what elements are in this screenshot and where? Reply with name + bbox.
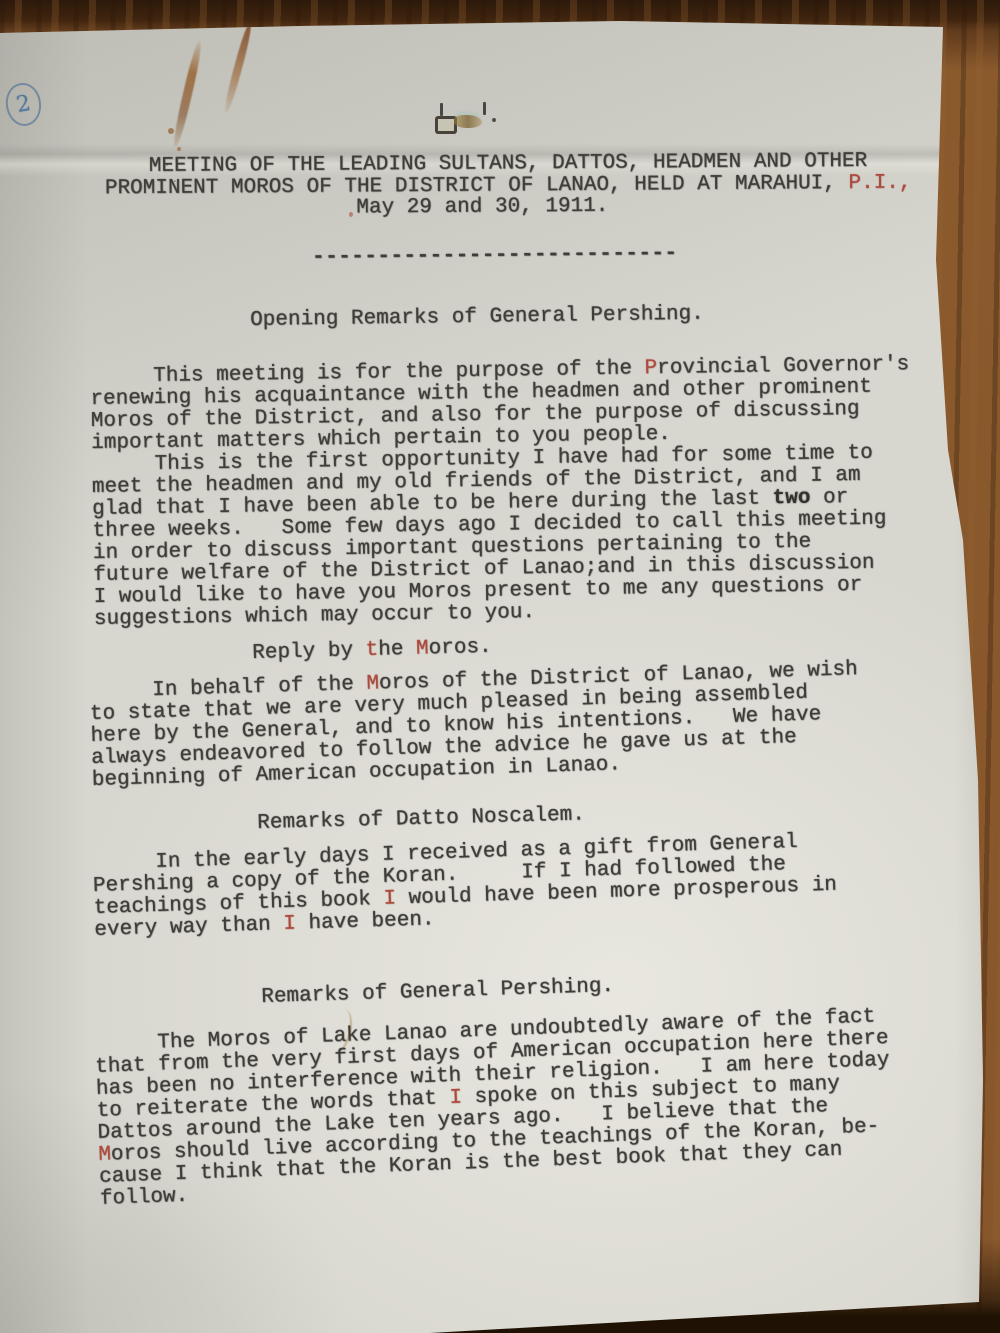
ink-smudge-mark (428, 95, 498, 140)
stain-blot (454, 115, 482, 128)
paragraph-datto-noscalem: In the early days I received as a gift f… (92, 831, 838, 942)
page-number-stamp: 2 (3, 80, 45, 128)
ink-dot (492, 118, 496, 122)
heading-reply-by-moros: Reply by the Moros. (252, 637, 492, 665)
document-title: MEETING OF THE LEADING SULTANS, DATTOS, … (0, 150, 1000, 222)
ink-tick (483, 102, 486, 115)
paragraph-general-pershing: The Moros of Lake Lanao are undoubtedly … (94, 1006, 894, 1211)
rust-stain (171, 40, 204, 147)
page-number: 2 (14, 91, 32, 118)
dashed-separator: ---------------------------- (312, 243, 678, 269)
rust-stain (222, 23, 254, 114)
paragraph-reply-by-moros: In behalf of the Moros of the District o… (89, 659, 861, 792)
ink-tick (440, 103, 443, 116)
heading-opening-remarks: Opening Remarks of General Pershing. (250, 304, 704, 332)
paragraph-opening-remarks: This meeting is for the purpose of the P… (90, 354, 913, 631)
rust-specks (168, 128, 174, 134)
photo-scene: 2 MEETING OF THE LEADING SULTANS, DATTOS… (0, 0, 1000, 1333)
heading-datto-noscalem: Remarks of Datto Noscalem. (257, 804, 585, 835)
heading-general-pershing: Remarks of General Pershing. (261, 976, 614, 1009)
document-page: 2 MEETING OF THE LEADING SULTANS, DATTOS… (0, 0, 1000, 1333)
